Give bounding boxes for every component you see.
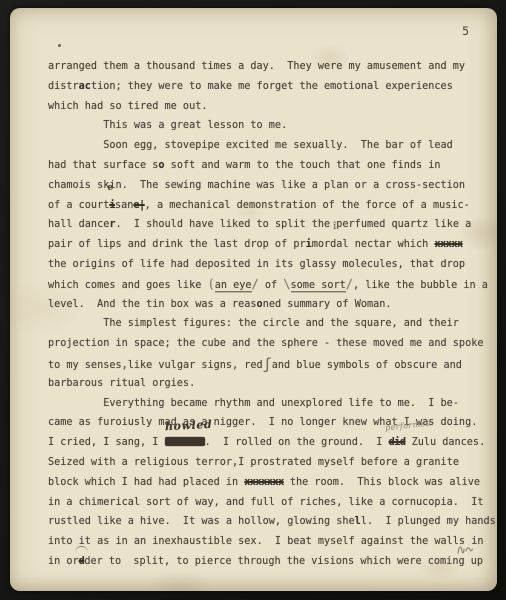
typed-text: Everything became rhythm and unexplored …: [48, 398, 459, 409]
typed-text: arranged them a thousand times a day. Th…: [48, 61, 465, 72]
margin-pencil-squiggle: [456, 543, 474, 557]
typed-text: ned summary of Woman.: [263, 299, 392, 310]
typed-text: like vulgar signs, red: [128, 360, 263, 371]
typescript-line: Soon egg, stovepipe excited me sexually.…: [48, 136, 496, 156]
typescript-line: into it as in an inexhaustible sex. I be…: [48, 532, 496, 552]
typescript-line: level. And the tin box was a reasoned su…: [48, 295, 496, 315]
pencil-bracket-mark: /: [252, 277, 259, 291]
typed-text: This was a great lesson to me.: [48, 120, 287, 131]
typed-text: barbarous ritual orgies.: [48, 378, 195, 389]
typescript-line: This was a great lesson to me.: [48, 116, 496, 136]
typed-text: , like the bubble in a: [353, 280, 488, 291]
typed-text: of: [259, 280, 284, 291]
typescript-line: Seized with a religious terror,I prostra…: [48, 453, 496, 473]
typescript-line: arranged them a thousand times a day. Th…: [48, 57, 496, 77]
typed-text: distr: [48, 81, 79, 92]
typed-text: pair of lips and drink the last drop of …: [48, 239, 306, 250]
pencil-bracket-mark: (: [207, 277, 214, 291]
typed-text: which comes and goes like: [48, 280, 207, 291]
overtyped-text: ac: [79, 81, 91, 92]
typed-text: al nectar which: [336, 239, 434, 250]
typed-text: the room. This block was alive: [284, 477, 480, 488]
handwritten-annotation: î: [333, 218, 336, 238]
typed-text: mord: [312, 239, 337, 250]
typescript-line: which had so tired me out.: [48, 97, 496, 117]
typescript-line: in ordder to split, to pierce through th…: [48, 552, 496, 572]
manuscript-page: 5 arranged them a thousand times a day. …: [10, 8, 497, 591]
typed-text: and blue symbols of obscure and: [272, 360, 462, 371]
typescript-line: hall dancer. I should have liked to spli…: [48, 215, 496, 235]
typed-text: projection in space; the cube and the sp…: [48, 338, 483, 349]
typed-text: in or: [48, 556, 79, 567]
typed-text: der to split, to pierce through the visi…: [84, 556, 483, 567]
typed-text: soft and warm to the touch that one find…: [165, 160, 441, 171]
typescript-line: rustled like a hive. It was a hollow, gl…: [48, 512, 496, 532]
typescript-line: of a courteisane|, a mechanical demonstr…: [48, 196, 496, 216]
typed-text: san: [115, 200, 133, 211]
pencil-arc-mark: [75, 546, 88, 554]
typed-text: rustled like a hive. It was a hollow, gl…: [48, 516, 355, 527]
struck-out-text: xxxxx: [434, 239, 462, 250]
typescript-line: barbarous ritual orgies.: [48, 374, 496, 394]
typed-text: Zulu dances.: [405, 437, 485, 448]
typescript-line: distraction; they were to make me forget…: [48, 77, 496, 97]
typed-text: tion; they were to make me forget the em…: [91, 81, 453, 92]
typed-text: into it as in an inexhaustible sex. I be…: [48, 536, 483, 547]
typed-text: Seized with a religious terror: [48, 457, 232, 468]
typed-text: hall dance: [48, 219, 109, 230]
typed-text: of a court: [48, 200, 109, 211]
handwritten-annotation: e: [107, 179, 113, 199]
typescript-text-block: arranged them a thousand times a day. Th…: [48, 57, 496, 572]
pencil-bracket-mark: /: [346, 277, 353, 291]
typed-text: the origins of life had deposited in its…: [48, 259, 465, 270]
pencil-insert-mark: ʃ: [263, 355, 272, 375]
underlined-phrase: an eye: [215, 280, 252, 291]
typed-text: . I should have liked to split the perfu…: [115, 219, 471, 230]
typed-text: I cried, I sang, I: [48, 437, 165, 448]
typed-text: Soon egg, stovepipe excited me sexually.…: [48, 140, 453, 151]
typescript-line: Everything became rhythm and unexplored …: [48, 394, 496, 414]
typescript-line: The simplest figures: the circle and the…: [48, 314, 496, 334]
typed-text: to my senses: [48, 360, 122, 371]
page-number: 5: [462, 24, 469, 38]
typed-text: l. I plunged my hands: [361, 516, 496, 527]
struck-out-text: did: [389, 437, 406, 448]
typed-text: . I rolled on the ground. I: [205, 437, 389, 448]
typed-text: which had so tired me out.: [48, 101, 207, 112]
typescript-line: pair of lips and drink the last drop of …: [48, 235, 496, 255]
typed-text: had that surface s: [48, 160, 158, 171]
typescript-line: in a chimerical sort of way, and full of…: [48, 493, 496, 513]
struck-out-text: e|: [133, 200, 144, 211]
typed-text: I prostrated myself before a granite: [238, 457, 459, 468]
handwritten-annotation: howled: [164, 415, 212, 437]
typed-text: in a chimerical sort of way, and full of…: [48, 497, 483, 508]
handwritten-annotation: performed: [384, 414, 432, 439]
typescript-line: had that surface so soft and warm to the…: [48, 156, 496, 176]
blacked-out-word: [165, 437, 205, 446]
typescript-line: chamois skin. The sewing machine was lik…: [48, 176, 496, 196]
typescript-line: which comes and goes like (an eye/ of \s…: [48, 275, 496, 295]
struck-out-text: xxxxxxx: [244, 477, 283, 488]
pencil-bracket-mark: \: [283, 277, 290, 291]
typed-text: block which I had had placed in: [48, 477, 244, 488]
typescript-line: the origins of life had deposited in its…: [48, 255, 496, 275]
typed-text: level. And the tin box was a reas: [48, 299, 257, 310]
typescript-line: I cried, I sang, I howled. I rolled on t…: [48, 433, 496, 453]
typescript-line: to my senses,like vulgar signs, redʃand …: [48, 354, 496, 374]
stray-ink-dot: [58, 44, 61, 47]
typed-text: The simplest figures: the circle and the…: [48, 318, 459, 329]
typed-text: , a mechanical demonstration of the forc…: [145, 200, 470, 211]
typescript-line: projection in space; the cube and the sp…: [48, 334, 496, 354]
underlined-phrase: some sort: [291, 280, 346, 291]
typescript-line: block which I had had placed in xxxxxxx …: [48, 473, 496, 493]
